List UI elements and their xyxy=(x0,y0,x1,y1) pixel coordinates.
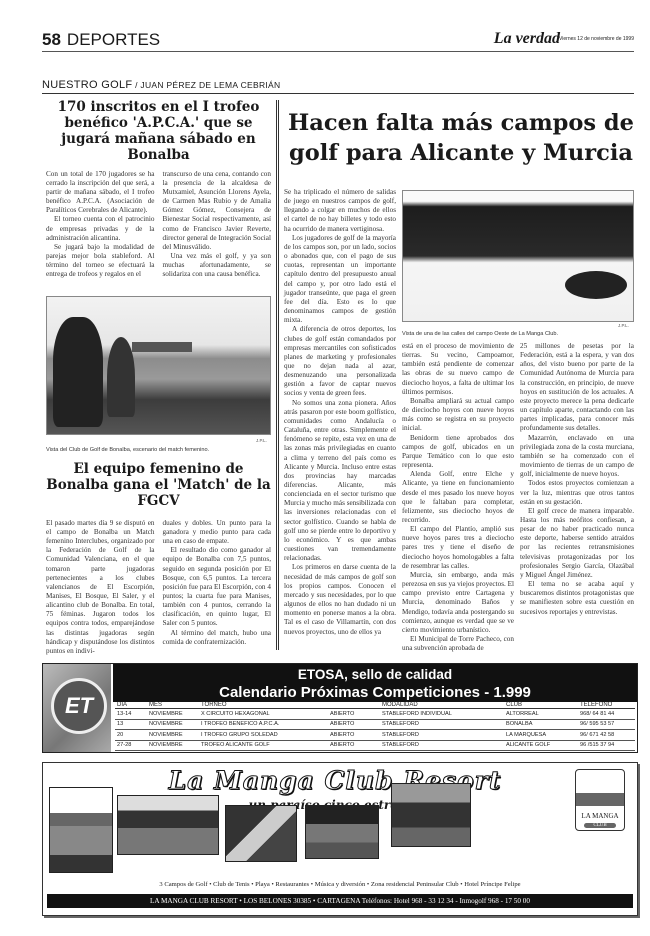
paragraph: Se ha triplicado el número de salidas de… xyxy=(284,188,396,234)
paragraph: Una vez más el golf, y ya son muchas afo… xyxy=(163,252,272,279)
article-match-body: El pasado martes día 9 se disputó en el … xyxy=(46,519,271,656)
paragraph: está en el proceso de movimiento de tier… xyxy=(402,342,514,397)
paragraph: No somos una zona pionera. Años atrás pa… xyxy=(284,399,396,564)
paragraph: Bonalba ampliará su actual campo de diec… xyxy=(402,397,514,434)
column-divider xyxy=(278,100,279,650)
cell-club: BONALBA xyxy=(504,719,578,730)
paragraph: duales y dobles. Un punto para la ganado… xyxy=(163,519,272,546)
article-campos-headline: Hacen falta más campos de golf para Alic… xyxy=(286,108,636,168)
la-manga-fairway-photo xyxy=(402,190,634,322)
article-campos-col3: 25 millones de pesetas por la Federación… xyxy=(520,342,634,617)
bonalba-club-photo xyxy=(46,296,271,435)
paragraph: Mazarrón, enclavado en una privilegiada … xyxy=(520,434,634,480)
table-row: 13-14 NOVIEMBRE X CIRCUITO HEXAGONAL ABI… xyxy=(115,709,635,720)
bonalba-photo-credit: J.P.L. xyxy=(256,438,267,443)
section-rule xyxy=(42,93,634,94)
column-author: JUAN PÉREZ DE LEMA CEBRIÁN xyxy=(140,80,280,90)
paragraph: El pasado martes día 9 se disputó en el … xyxy=(46,519,155,656)
paragraph: El tema no se acaba aquí y buscaremos di… xyxy=(520,580,634,617)
column-series: NUESTRO GOLF xyxy=(42,79,132,91)
paragraph: El resultado dio como ganador al equipo … xyxy=(163,546,272,628)
cell-dia: 13 xyxy=(115,719,147,730)
cell-telefono: 96/ 595 53 57 xyxy=(578,719,635,730)
table-row: 13 NOVIEMBRE I TROFEO BENEFICO A.P.C.A. … xyxy=(115,719,635,730)
paragraph: Los jugadores de golf de la mayoría de l… xyxy=(284,234,396,326)
cell-telefono: 96/ 671 42 58 xyxy=(578,730,635,741)
cell-club: LA MARQUESA xyxy=(504,730,578,741)
page-header-section: 58DEPORTES xyxy=(42,30,160,50)
article-match: El equipo femenino de Bonalba gana el 'M… xyxy=(46,462,271,656)
resort-photo-hotel xyxy=(117,795,219,855)
etosa-title-band: ETOSA, sello de calidad Calendario Próxi… xyxy=(113,664,637,702)
cell-tipo: ABIERTO xyxy=(328,740,380,751)
cell-mes: NOVIEMBRE xyxy=(147,709,199,720)
resort-photo-golf xyxy=(49,787,113,873)
cell-mes: NOVIEMBRE xyxy=(147,719,199,730)
cell-modalidad: STABLEFORD xyxy=(380,740,504,751)
cell-dia: 27-28 xyxy=(115,740,147,751)
la-manga-features: 3 Campos de Golf • Club de Tenis • Playa… xyxy=(43,881,637,888)
column-divider xyxy=(276,100,277,650)
paragraph: Se jugará bajo la modalidad de parejas m… xyxy=(46,243,155,280)
cell-torneo: I TROFEO BENEFICO A.P.C.A. xyxy=(199,719,328,730)
etosa-advertisement: ET ETOSA, sello de calidad Calendario Pr… xyxy=(42,663,638,753)
section-name: DEPORTES xyxy=(67,30,160,49)
paragraph: Todos estos proyectos comienzan a ver la… xyxy=(520,479,634,506)
la-manga-club-logo: LA MANGA CLUB xyxy=(575,769,625,831)
paragraph: Al término del match, hubo una comida de… xyxy=(163,629,272,647)
logo-text-club: CLUB xyxy=(584,823,616,828)
table-row: 20 NOVIEMBRE I TROFEO GRUPO SOLEDAD ABIE… xyxy=(115,730,635,741)
resort-photo-village xyxy=(391,783,471,847)
header-rule xyxy=(42,51,634,52)
cell-torneo: TROFEO ALICANTE GOLF xyxy=(199,740,328,751)
cell-tipo: ABIERTO xyxy=(328,730,380,741)
article-match-headline: El equipo femenino de Bonalba gana el 'M… xyxy=(46,462,271,510)
cell-club: ALTORREAL xyxy=(504,709,578,720)
la-manga-contact-bar: LA MANGA CLUB RESORT • LOS BELONES 30385… xyxy=(47,894,633,908)
column-header: NUESTRO GOLF / JUAN PÉREZ DE LEMA CEBRIÁ… xyxy=(42,79,280,91)
cell-modalidad: STABLEFORD xyxy=(380,730,504,741)
cell-torneo: X CIRCUITO HEXAGONAL xyxy=(199,709,328,720)
cell-telefono: 968/ 64 81 44 xyxy=(578,709,635,720)
paragraph: A diferencia de otros deportes, los club… xyxy=(284,325,396,398)
etosa-title: ETOSA, sello de calidad xyxy=(113,667,637,682)
article-campos-col1: Se ha triplicado el número de salidas de… xyxy=(284,188,396,637)
la-manga-advertisement: La Manga Club Resort un paraíso cinco es… xyxy=(42,762,638,916)
article-apca: 170 inscritos en el I trofeo benéfico 'A… xyxy=(46,100,271,280)
newspaper-name: La verdad xyxy=(494,30,560,48)
etosa-logo-mark: ET xyxy=(51,678,107,734)
paragraph: El torneo cuenta con el patrocinio de em… xyxy=(46,215,155,242)
paragraph: El golf crece de manera imparable. Hasta… xyxy=(520,507,634,580)
paragraph: transcurso de una cena, contando con la … xyxy=(163,170,272,252)
paragraph: 25 millones de pesetas por la Federación… xyxy=(520,342,634,434)
resort-photo-beach xyxy=(225,805,297,862)
paragraph: Benidorm tiene aprobados dos campos de g… xyxy=(402,434,514,471)
table-row: 27-28 NOVIEMBRE TROFEO ALICANTE GOLF ABI… xyxy=(115,740,635,751)
resort-photo-people xyxy=(305,805,379,859)
paragraph: El campo del Plantío, amplió sus nueve h… xyxy=(402,525,514,571)
cell-club: ALICANTE GOLF xyxy=(504,740,578,751)
cell-tipo: ABIERTO xyxy=(328,719,380,730)
cell-telefono: 96 /515 37 94 xyxy=(578,740,635,751)
etosa-logo: ET xyxy=(43,664,111,752)
cell-dia: 13-14 xyxy=(115,709,147,720)
paragraph: Los primeros en darse cuenta de la neces… xyxy=(284,563,396,636)
column-separator: / xyxy=(135,80,138,90)
etosa-subtitle: Calendario Próximas Competiciones - 1.99… xyxy=(113,684,637,701)
page-number: 58 xyxy=(42,30,61,49)
article-apca-body: Con un total de 170 jugadores se ha cerr… xyxy=(46,170,271,280)
article-apca-headline: 170 inscritos en el I trofeo benéfico 'A… xyxy=(46,100,271,164)
bonalba-photo-caption: Vista del Club de Golf de Bonalba, escen… xyxy=(46,447,209,453)
competition-calendar-table: DIA MES TORNEO MODALIDAD CLUB TELEFONO 1… xyxy=(115,702,635,751)
cell-modalidad: STABLEFORD INDIVIDUAL xyxy=(380,709,504,720)
publication-date: Viernes 12 de noviembre de 1999 xyxy=(559,36,634,42)
paragraph: Murcia, sin embargo, anda más perezosa e… xyxy=(402,571,514,635)
cell-tipo: ABIERTO xyxy=(328,709,380,720)
cell-dia: 20 xyxy=(115,730,147,741)
paragraph: Alenda Golf, entre Elche y Alicante, ya … xyxy=(402,470,514,525)
paragraph: Con un total de 170 jugadores se ha cerr… xyxy=(46,170,155,216)
paragraph: El Municipal de Torre Pacheco, con una s… xyxy=(402,635,514,653)
logo-text: LA MANGA xyxy=(576,812,624,820)
la-manga-photo-caption: Vista de una de las calles del campo Oes… xyxy=(402,331,558,337)
article-campos-col2: está en el proceso de movimiento de tier… xyxy=(402,342,514,653)
cell-mes: NOVIEMBRE xyxy=(147,730,199,741)
cell-torneo: I TROFEO GRUPO SOLEDAD xyxy=(199,730,328,741)
cell-modalidad: STABLEFORD xyxy=(380,719,504,730)
la-manga-photo-credit: J.P.L. xyxy=(618,323,629,328)
cell-mes: NOVIEMBRE xyxy=(147,740,199,751)
